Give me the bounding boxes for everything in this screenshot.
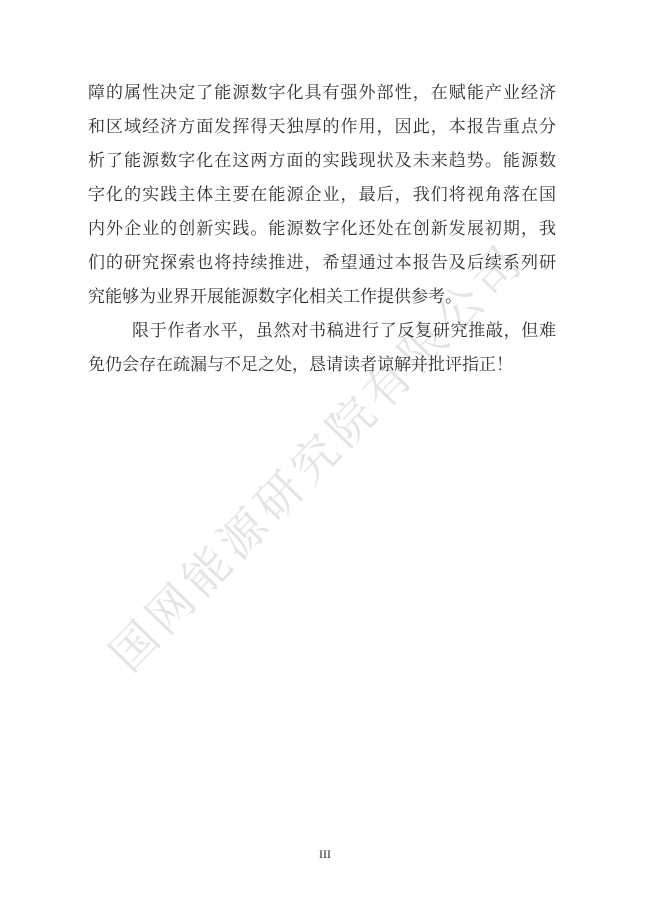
body-line: 和区域经济方面发挥得天独厚的作用，因此，本报告重点分 [88, 110, 556, 144]
body-line: 们的研究探索也将持续推进，希望通过本报告及后续系列研 [88, 246, 556, 280]
body-line: 障的属性决定了能源数字化具有强外部性，在赋能产业经济 [88, 76, 556, 110]
body-line: 析了能源数字化在这两方面的实践现状及未来趋势。能源数 [88, 144, 556, 178]
document-body: 障的属性决定了能源数字化具有强外部性，在赋能产业经济 和区域经济方面发挥得天独厚… [88, 76, 556, 382]
body-line: 内外企业的创新实践。能源数字化还处在创新发展初期，我 [88, 212, 556, 246]
page-number: III [0, 847, 650, 862]
body-line: 字化的实践主体主要在能源企业，最后，我们将视角落在国 [88, 178, 556, 212]
body-line: 限于作者水平，虽然对书稿进行了反复研究推敲，但难 [88, 314, 556, 348]
body-line: 免仍会存在疏漏与不足之处，恳请读者谅解并批评指正！ [88, 348, 556, 382]
document-page: 国网能源研究院有限公司 障的属性决定了能源数字化具有强外部性，在赋能产业经济 和… [0, 0, 650, 919]
body-line: 究能够为业界开展能源数字化相关工作提供参考。 [88, 280, 556, 314]
